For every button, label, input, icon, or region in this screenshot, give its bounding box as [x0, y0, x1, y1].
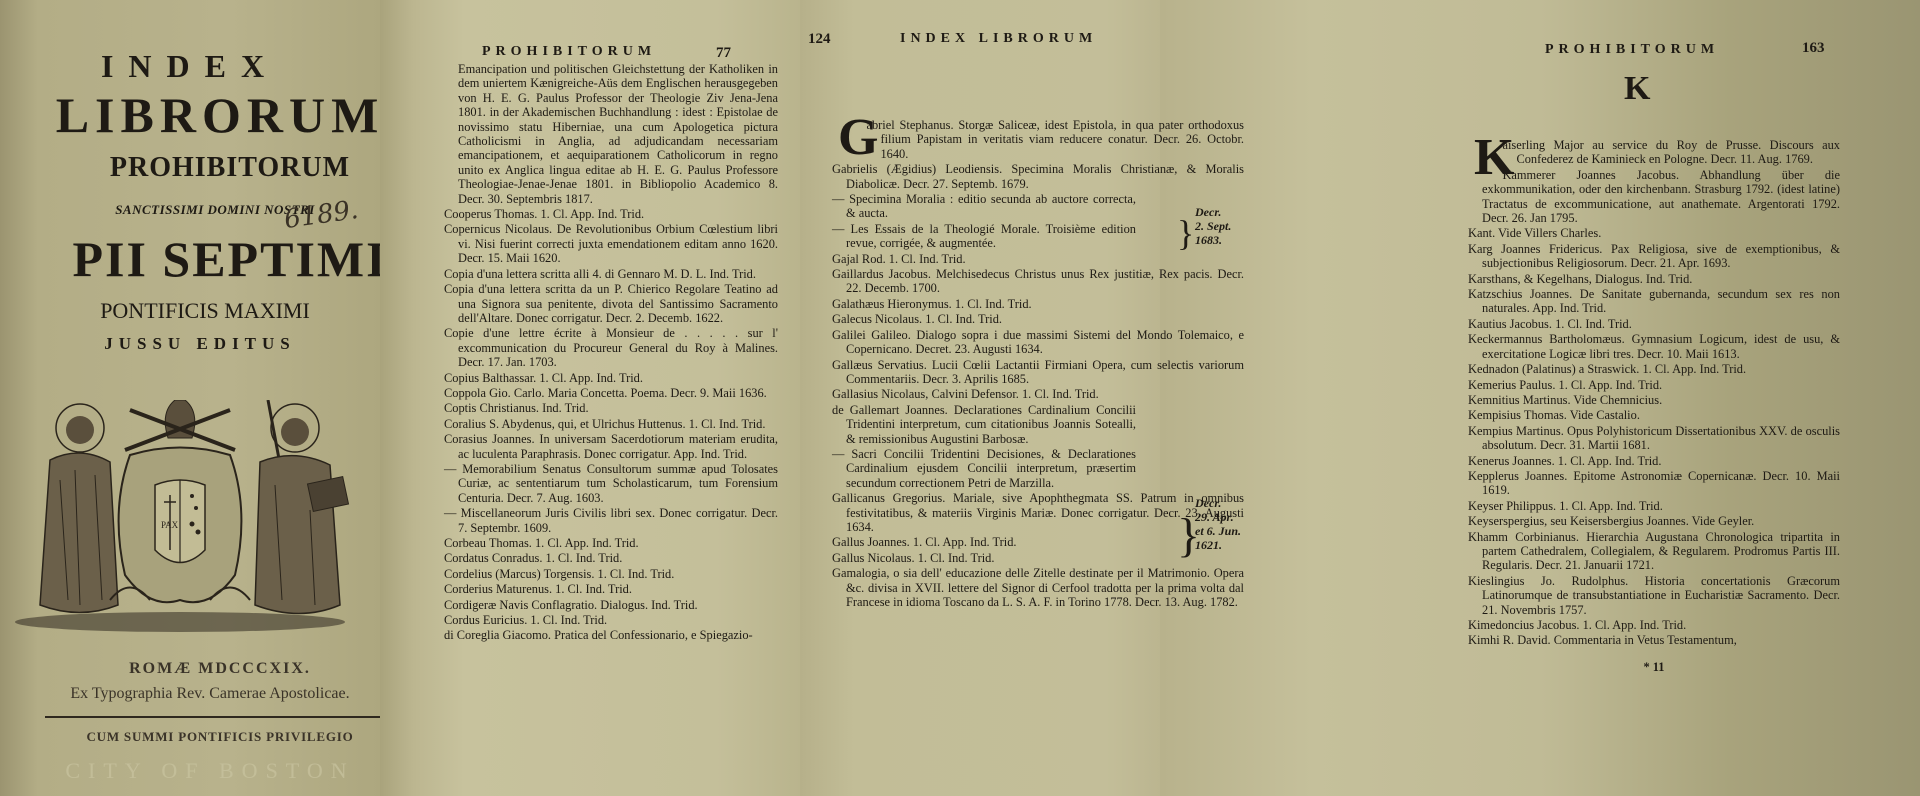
index-entry: Corasius Joannes. In universam Sacerdoti…: [444, 432, 778, 461]
brace-note-line: et 6. Jun.: [1195, 524, 1241, 538]
title-librorum: LIBRORUM: [30, 86, 380, 144]
index-entry: Kant. Vide Villers Charles.: [1468, 226, 1840, 240]
index-entry: Galilei Galileo. Dialogo sopra i due mas…: [832, 328, 1244, 357]
index-entry: — Miscellaneorum Juris Civilis libri sex…: [444, 506, 778, 535]
title-prohibitorum: PROHIBITORUM: [40, 152, 380, 184]
title-jussu-editus: JUSSU EDITUS: [10, 334, 380, 354]
library-perforation-stamp: CITY OF BOSTON: [20, 758, 380, 784]
brace-icon: }: [1177, 496, 1200, 576]
brace-note-line: 2. Sept.: [1195, 219, 1231, 233]
title-pii-septimi: PII SEPTIMI: [40, 230, 380, 288]
index-entry: Karg Joannes Fridericus. Pax Religiosa, …: [1468, 242, 1840, 271]
index-entry: de Gallemart Joannes. Declarationes Card…: [832, 403, 1136, 446]
brace-icon: }: [1177, 203, 1194, 263]
index-entry: Kempisius Thomas. Vide Castalio.: [1468, 408, 1840, 422]
svg-text:PAX: PAX: [161, 520, 179, 530]
index-entry: Kemerius Paulus. 1. Cl. App. Ind. Trid.: [1468, 378, 1840, 392]
entry-text: aiserling Major au service du Roy de Pru…: [1502, 138, 1840, 166]
index-entry: Karsthans, & Kegelhans, Dialogus. Ind. T…: [1468, 272, 1840, 286]
index-column: Emancipation und politischen Gleichstett…: [444, 62, 778, 644]
index-entry: Coptis Christianus. Ind. Trid.: [444, 401, 778, 415]
index-entry: Gabrielis (Ægidius) Leodiensis. Specimin…: [832, 162, 1244, 191]
index-entry: — Memorabilium Senatus Consultorum summæ…: [444, 462, 778, 505]
running-head: PROHIBITORUM: [482, 45, 656, 59]
index-entry: Copia d'una lettera scritta da un P. Chi…: [444, 282, 778, 325]
index-entry: Copia d'una lettera scritta alli 4. di G…: [444, 267, 778, 281]
index-entry: Kautius Jacobus. 1. Cl. Ind. Trid.: [1468, 317, 1840, 331]
index-entry: Gabriel Stephanus. Storgæ Saliceæ, idest…: [832, 118, 1244, 161]
running-head: INDEX LIBRORUM: [900, 32, 1097, 46]
index-entry: Emancipation und politischen Gleichstett…: [444, 62, 778, 206]
entry-text: abriel Stephanus. Storgæ Saliceæ, idest …: [866, 118, 1244, 161]
index-entry: Cordigeræ Navis Conflagratio. Dialogus. …: [444, 598, 778, 612]
index-entry: Coppola Gio. Carlo. Maria Concetta. Poem…: [444, 386, 778, 400]
title-pontificis: PONTIFICIS MAXIMI: [15, 298, 380, 324]
title-divider-rule: [45, 716, 380, 718]
title-index: INDEX: [0, 48, 380, 85]
index-entry: Gaillardus Jacobus. Melchisedecus Christ…: [832, 267, 1244, 296]
page-number: 124: [808, 32, 831, 46]
index-entry: Kieslingius Jo. Rudolphus. Historia conc…: [1468, 574, 1840, 617]
page-number: 77: [716, 46, 731, 60]
index-entry: Kimhi R. David. Commentaria in Vetus Tes…: [1468, 633, 1840, 647]
index-entry: Keyserspergius, seu Keisersbergius Joann…: [1468, 514, 1840, 528]
index-entry: Khamm Corbinianus. Hierarchia Augustana …: [1468, 530, 1840, 573]
catchword-signature: * 11: [1468, 660, 1840, 674]
index-entry: Cordus Euricius. 1. Cl. Ind. Trid.: [444, 613, 778, 627]
brace-note-line: Decr.: [1195, 496, 1241, 510]
index-entry: Kimedoncius Jacobus. 1. Cl. App. Ind. Tr…: [1468, 618, 1840, 632]
brace-note-line: Decr.: [1195, 205, 1231, 219]
page-number-163: 163: [1802, 40, 1825, 57]
index-entry: Kepplerus Joannes. Epitome Astronomiæ Co…: [1468, 469, 1840, 498]
index-entry: Kemnitius Martinus. Vide Chemnicius.: [1468, 393, 1840, 407]
index-entry: Kammerer Joannes Jacobus. Abhandlung übe…: [1468, 168, 1840, 226]
index-entry: Coralius S. Abydenus, qui, et Ulrichus H…: [444, 417, 778, 431]
index-entry: Copius Balthassar. 1. Cl. App. Ind. Trid…: [444, 371, 778, 385]
brace-note-line: 1683.: [1195, 233, 1231, 247]
index-entry: Corderius Maturenus. 1. Cl. Ind. Trid.: [444, 582, 778, 596]
index-entry: Corbeau Thomas. 1. Cl. App. Ind. Trid.: [444, 536, 778, 550]
index-entry: Keyser Philippus. 1. Cl. App. Ind. Trid.: [1468, 499, 1840, 513]
index-entry: Katzschius Joannes. De Sanitate gubernan…: [1468, 287, 1840, 316]
title-page: INDEX LIBRORUM PROHIBITORUM SANCTISSIMI …: [0, 0, 380, 796]
index-entry: Cordatus Conradus. 1. Cl. Ind. Trid.: [444, 551, 778, 565]
index-entry: — Les Essais de la Theologié Morale. Tro…: [832, 222, 1136, 251]
date-brace-note: } Decr. 2. Sept. 1683.: [1195, 205, 1231, 247]
index-entry: Galathæus Hieronymus. 1. Cl. Ind. Trid.: [832, 297, 1244, 311]
index-entry: Kenerus Joannes. 1. Cl. App. Ind. Trid.: [1468, 454, 1840, 468]
brace-note-line: 1621.: [1195, 538, 1241, 552]
index-entry: Galecus Nicolaus. 1. Cl. Ind. Trid.: [832, 312, 1244, 326]
papal-arms-engraving-icon: PAX: [10, 400, 350, 635]
index-entry: Kaiserling Major au service du Roy de Pr…: [1468, 138, 1840, 167]
imprint-press: Ex Typographia Rev. Camerae Apostolicae.: [20, 685, 380, 703]
imprint-city-year: ROMÆ MDCCCXIX.: [30, 660, 380, 678]
index-entry: Copernicus Nicolaus. De Revolutionibus O…: [444, 222, 778, 265]
index-entry: Gallasius Nicolaus, Calvini Defensor. 1.…: [832, 387, 1244, 401]
index-entry: — Specimina Moralia : editio secunda ab …: [832, 192, 1136, 221]
privilege-line: CUM SUMMI PONTIFICIS PRIVILEGIO: [30, 729, 380, 745]
index-entry: Copie d'une lettre écrite à Monsieur de …: [444, 326, 778, 369]
index-entry: di Coreglia Giacomo. Pratica del Confess…: [444, 628, 778, 642]
index-entry: — Sacri Concilii Tridentini Decisiones, …: [832, 447, 1136, 490]
index-entry: Keckermannus Bartholomæus. Gymnasium Log…: [1468, 332, 1840, 361]
index-entry: Kempius Martinus. Opus Polyhistoricum Di…: [1468, 424, 1840, 453]
running-head-163: PROHIBITORUM: [1545, 42, 1719, 58]
section-letter-k: K: [1624, 70, 1650, 108]
index-entry: Cooperus Thomas. 1. Cl. App. Ind. Trid.: [444, 207, 778, 221]
page-163-column: Kaiserling Major au service du Roy de Pr…: [1468, 138, 1840, 687]
index-entry: Gallæus Servatius. Lucii Cœlii Lactantii…: [832, 358, 1244, 387]
index-entry: Cordelius (Marcus) Torgensis. 1. Cl. Ind…: [444, 567, 778, 581]
page-77: PROHIBITORUM 77 Emancipation und politis…: [380, 0, 800, 796]
brace-note-line: 29. Apr.: [1195, 510, 1241, 524]
index-entry: Kednadon (Palatinus) a Straswick. 1. Cl.…: [1468, 362, 1840, 376]
date-brace-note: } Decr. 29. Apr. et 6. Jun. 1621.: [1195, 496, 1241, 552]
